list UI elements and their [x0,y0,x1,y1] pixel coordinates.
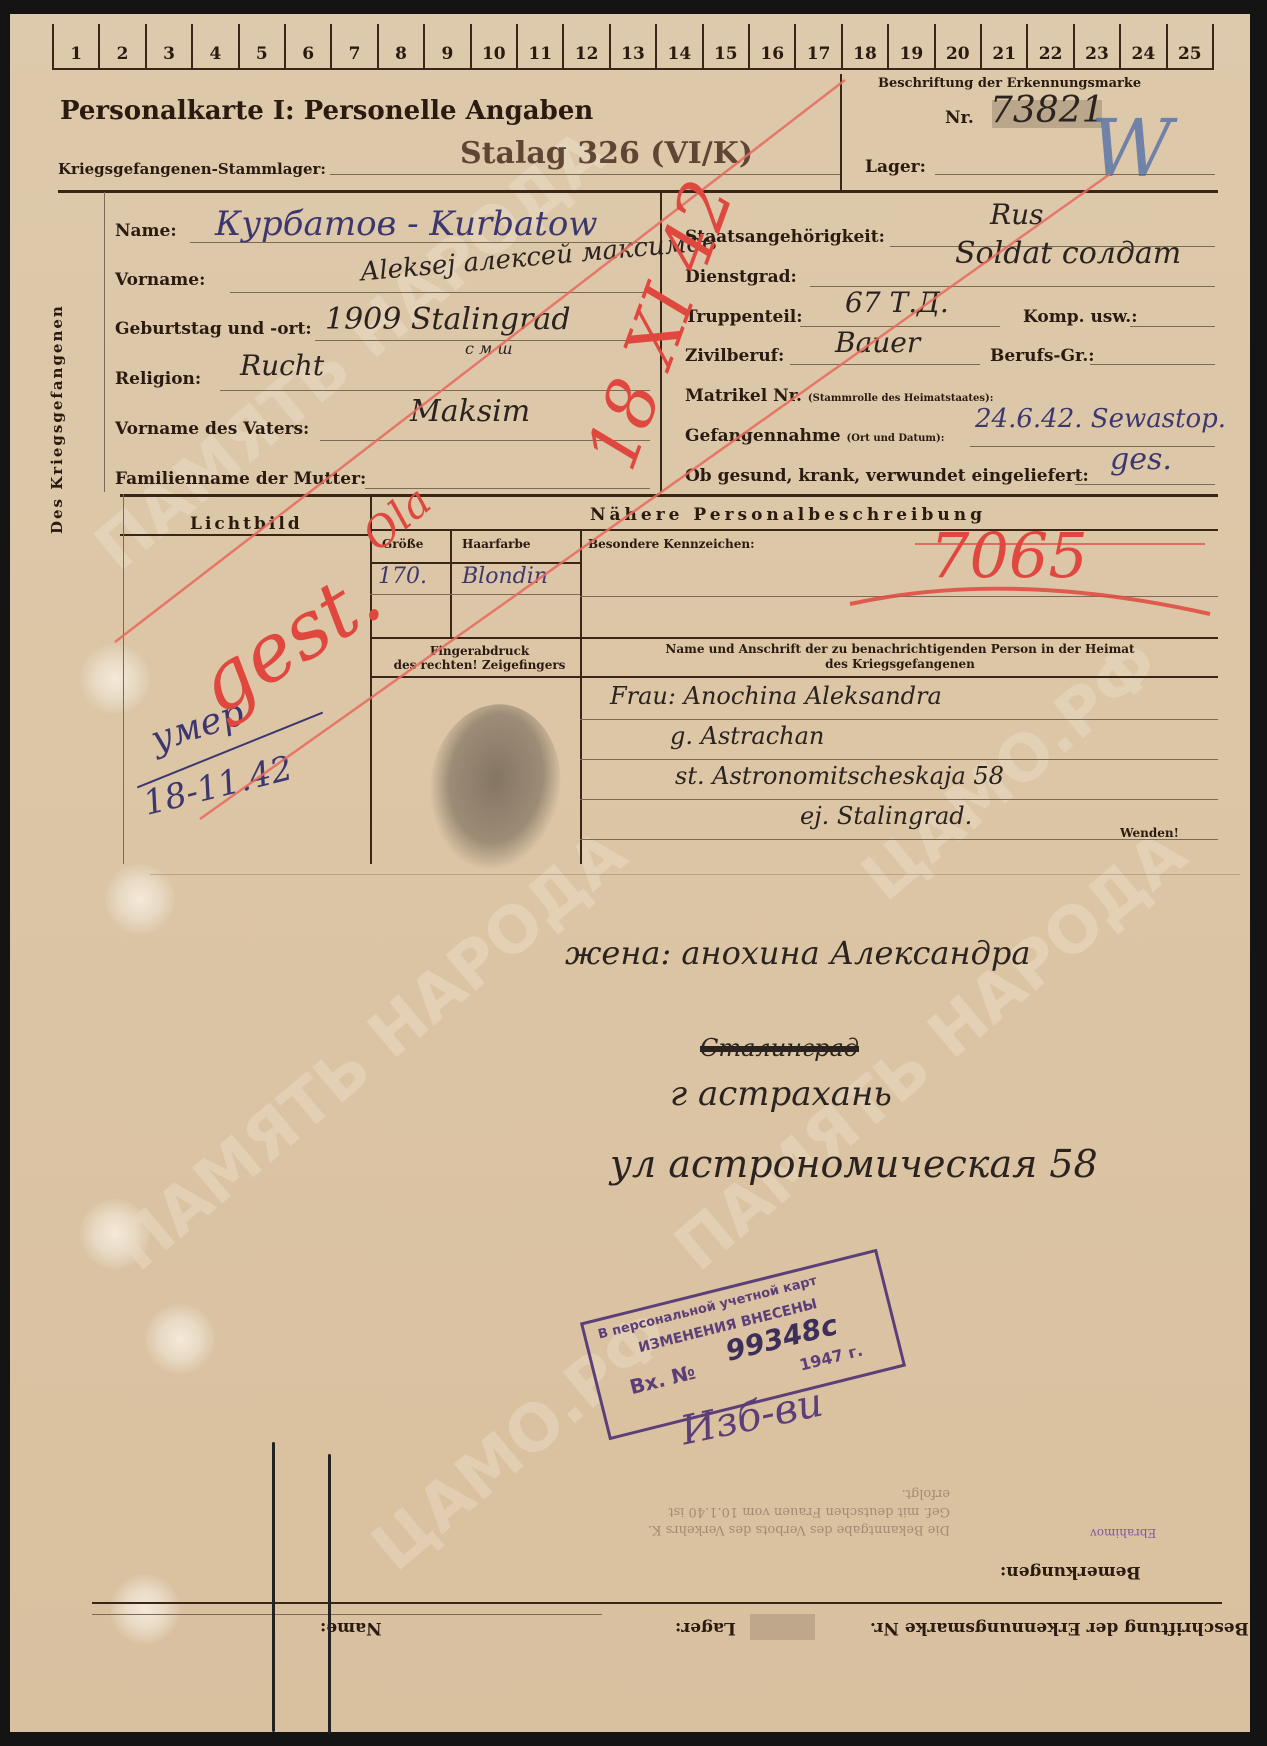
punch-hole [110,1574,180,1644]
pencil-stroke [328,1454,331,1734]
footer-nr-box [750,1614,815,1640]
footer-lager-label: Lager: [675,1618,736,1638]
reverse-struck: Сталинград [700,1034,859,1062]
punch-hole [80,1199,150,1269]
footer-marke-label: Beschriftung der Erkennungsmarke Nr. [870,1618,1249,1638]
stamp-vx-label: Вх. № [627,1360,698,1399]
punch-hole [145,1304,215,1374]
reverse-line-2: г астрахань [670,1074,892,1114]
pencil-stroke [272,1442,275,1732]
faded-remark: Die Bekanntgabe des Verbots des Verkehrs… [630,1484,950,1538]
personalkarte-card: ПАМЯТЬ НАРОДА ПАМЯТЬ НАРОДА ЦАМО.РФ ЦАМО… [10,14,1250,1732]
reverse-line-3: ул астрономическая 58 [610,1142,1098,1186]
faded-stamp: Ebrahimov [1090,1526,1156,1540]
bemerkungen-label: Bemerkungen: [1000,1562,1141,1582]
red-number: 7065 [930,519,1088,592]
reverse-line-1: жена: анохина Александра [565,934,1030,972]
